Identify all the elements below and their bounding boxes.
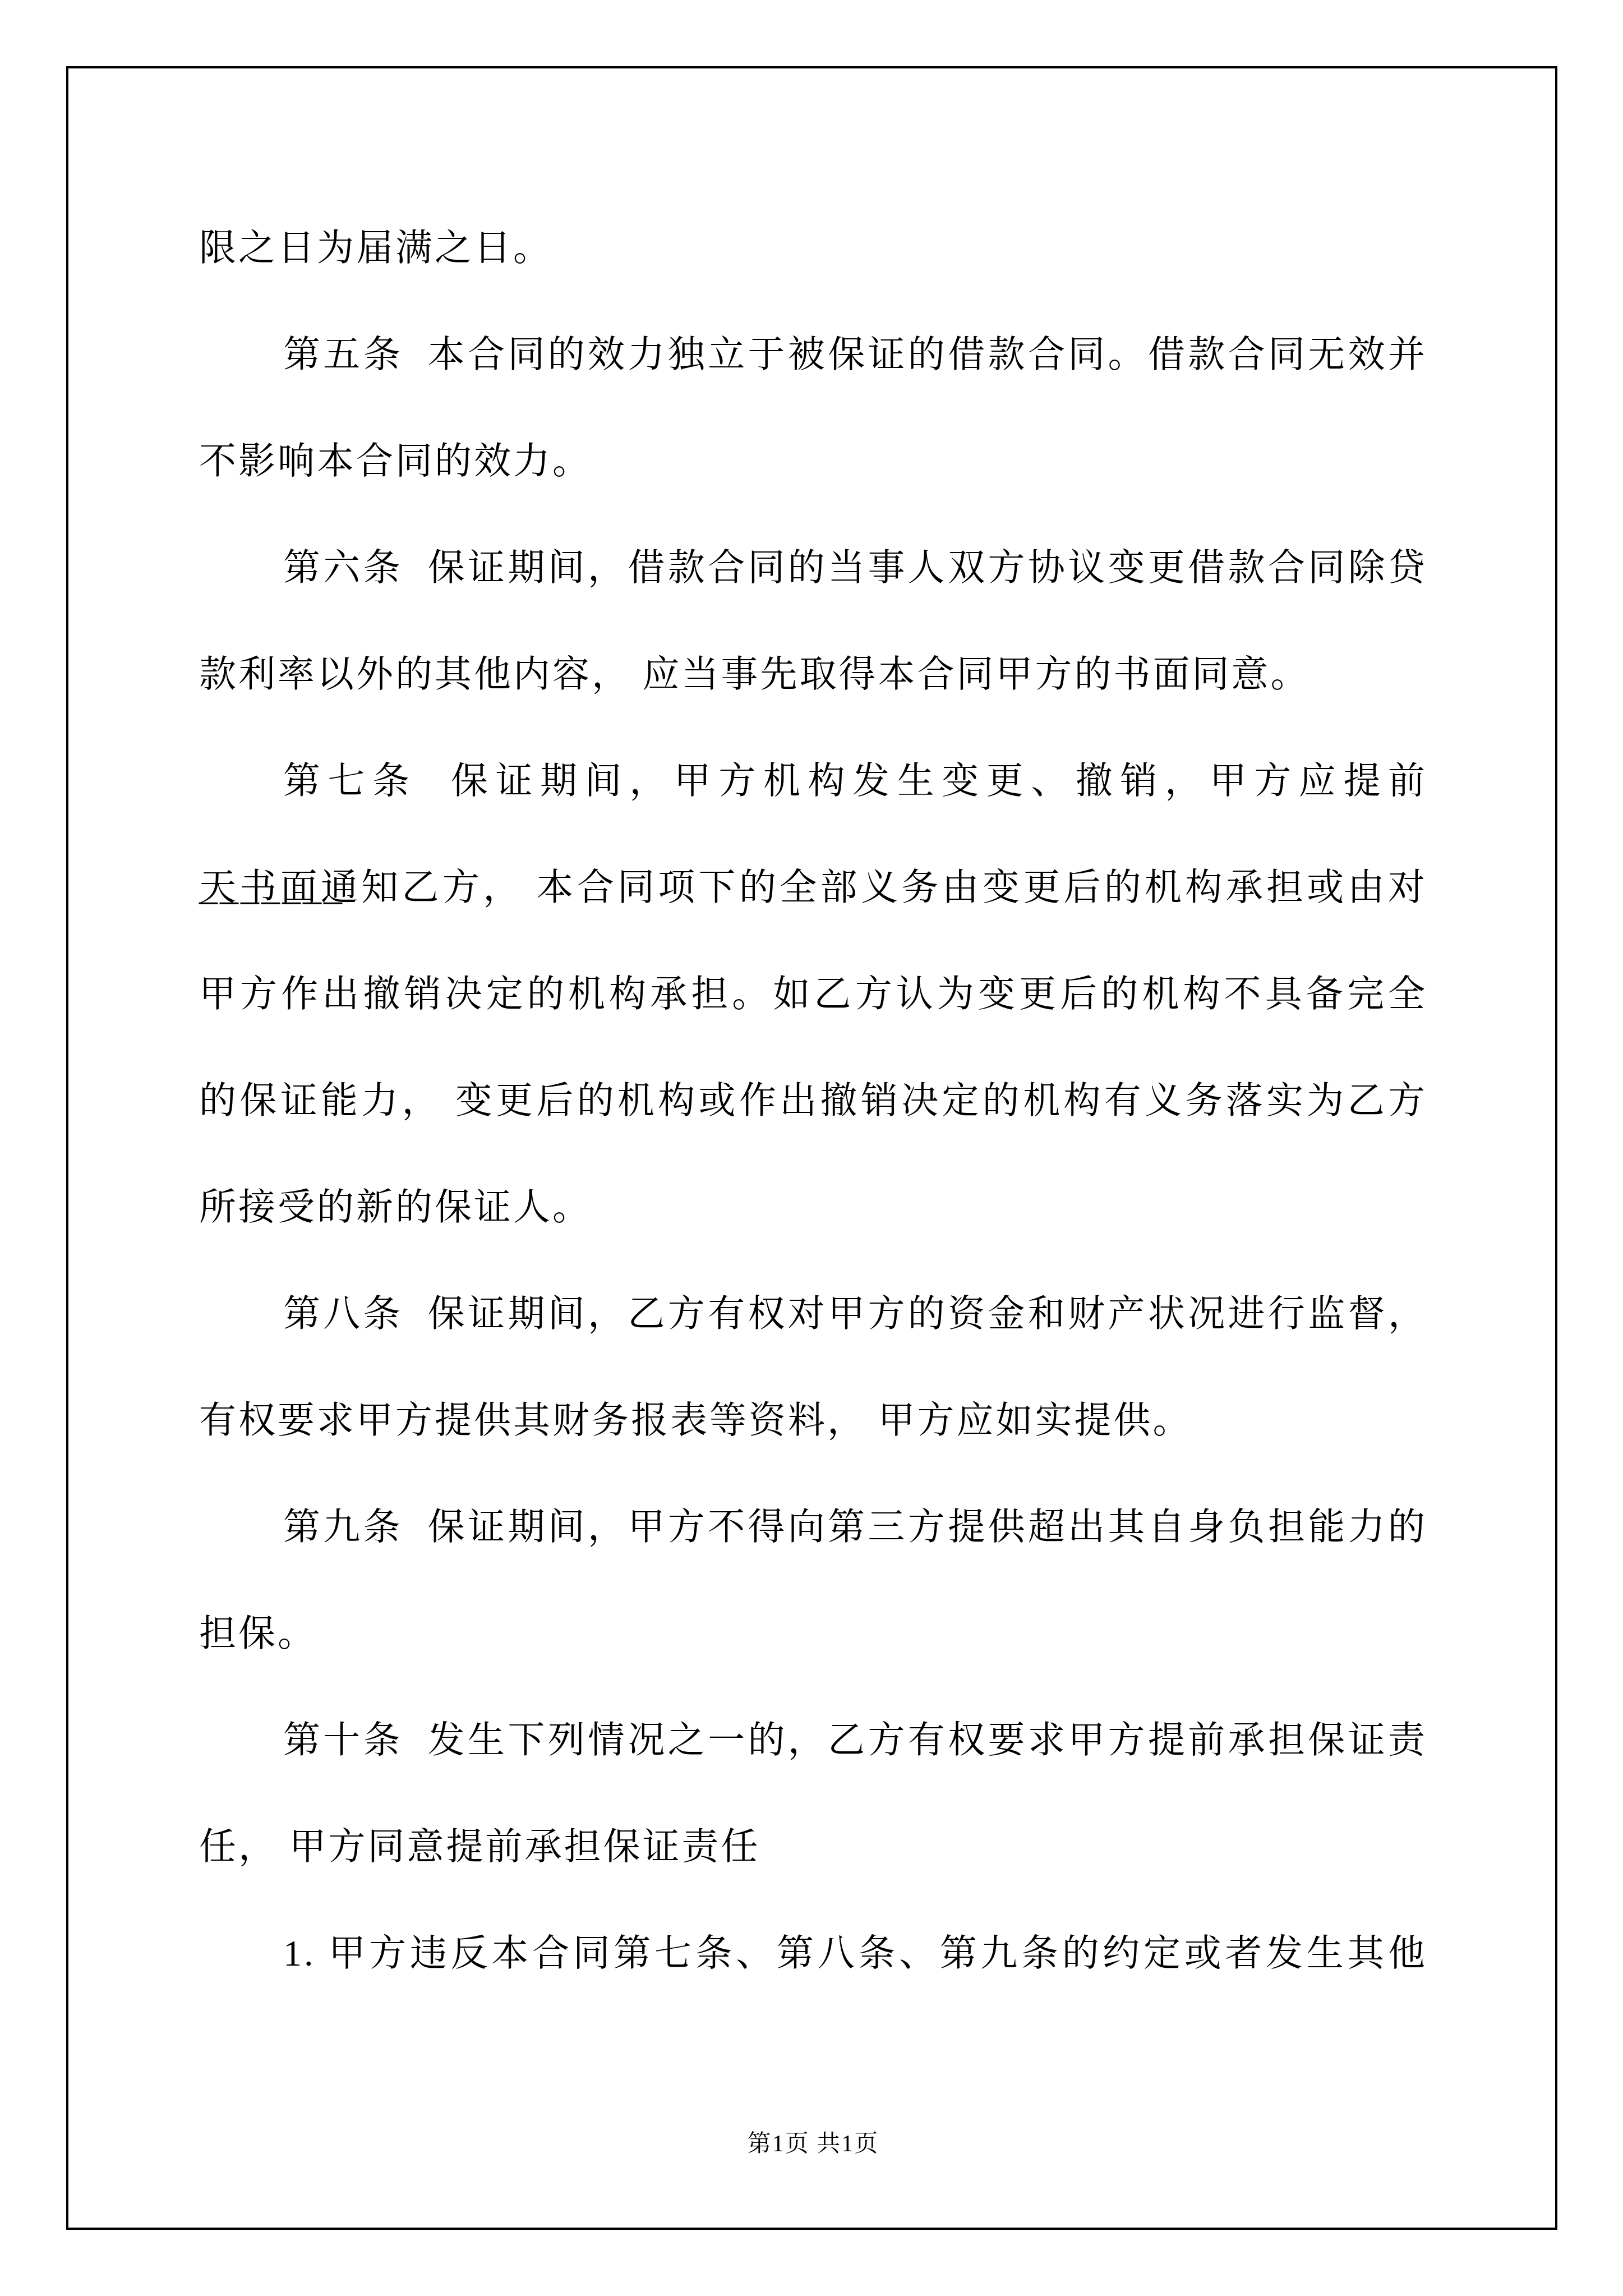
text-line: 第六条 保证期间，借款合同的当事人双方协议变更借款合同除贷	[199, 515, 1427, 622]
page-footer: 第1页 共1页	[199, 2122, 1427, 2166]
text-line: 第五条 本合同的效力独立于被保证的借款合同。借款合同无效并	[199, 302, 1427, 408]
page-indicator: 第1页 共1页	[748, 2131, 879, 2157]
text-line: 第七条 保证期间，甲方机构发生变更、撤销，甲方应提前_______	[199, 728, 1427, 835]
text-line: 的保证能力， 变更后的机构或作出撤销决定的机构有义务落实为乙方	[199, 1048, 1427, 1154]
text-line: 款利率以外的其他内容， 应当事先取得本合同甲方的书面同意。	[199, 622, 1427, 728]
text-line: 第八条 保证期间，乙方有权对甲方的资金和财产状况进行监督，	[199, 1261, 1427, 1368]
document-page: { "page": { "background_color": "#ffffff…	[0, 0, 1623, 2296]
text-line: 担保。	[199, 1581, 1427, 1687]
text-line: 不影响本合同的效力。	[199, 408, 1427, 515]
text-line: 甲方作出撤销决定的机构承担。如乙方认为变更后的机构不具备完全	[199, 941, 1427, 1048]
contract-body: 限之日为届满之日。第五条 本合同的效力独立于被保证的借款合同。借款合同无效并不影…	[199, 195, 1427, 2007]
text-line: 第十条 发生下列情况之一的，乙方有权要求甲方提前承担保证责	[199, 1687, 1427, 1794]
text-line: 所接受的新的保证人。	[199, 1154, 1427, 1261]
text-line: 有权要求甲方提供其财务报表等资料， 甲方应如实提供。	[199, 1368, 1427, 1474]
text-line: 第九条 保证期间，甲方不得向第三方提供超出其自身负担能力的	[199, 1474, 1427, 1581]
text-line: 1. 甲方违反本合同第七条、第八条、第九条的约定或者发生其他	[199, 1901, 1427, 2007]
text-line: 任， 甲方同意提前承担保证责任	[199, 1794, 1427, 1901]
text-line: 限之日为届满之日。	[199, 195, 1427, 302]
text-line: 天书面通知乙方， 本合同项下的全部义务由变更后的机构承担或由对	[199, 835, 1427, 941]
